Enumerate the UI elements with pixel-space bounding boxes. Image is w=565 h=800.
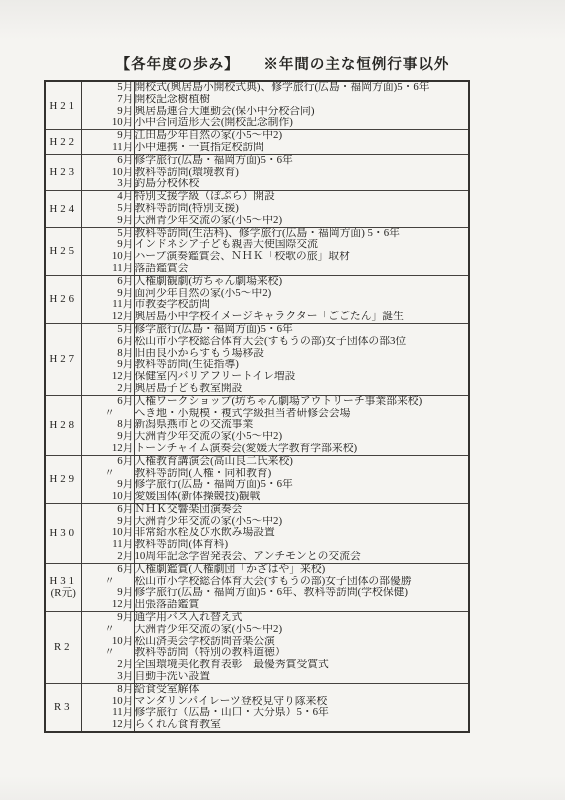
table-row: 6月松山市小学校総合体育大会(すもうの部)女子団体の部3位 [45,336,469,348]
table-row: 12月出張落語鑑賞 [45,599,469,611]
month-cell: 9月 [81,431,134,443]
month-cell: 10月 [81,696,134,708]
event-cell: 松山済美会学校訪問音楽公演 [134,636,469,648]
month-cell: 6月 [81,336,134,348]
month-cell: 4月 [81,191,134,203]
event-cell: 教科等訪問(人権・同和教育) [134,468,469,480]
event-cell: 興居島連合大運動会(保小中分校合同) [134,106,469,118]
month-cell: 6月 [81,455,134,467]
month-cell: 〃 [81,576,134,588]
table-row: 7月開校記念樹植樹 [45,94,469,106]
table-row: 9月興居島連合大運動会(保小中分校合同) [45,106,469,118]
table-row: 11月落語鑑賞会 [45,263,469,275]
event-cell: 教科等訪問(環境教育) [134,167,469,179]
event-cell: 松山市小学校総合体育大会(すもうの部)女子団体の部優勝 [134,576,469,588]
event-cell: 自動手洗い設置 [134,671,469,683]
history-table-body: H215月開校式(興居島小開校式典)、修学旅行(広島・福岡方面)5・6年7月開校… [45,81,469,732]
event-cell: 市教委学校訪問 [134,299,469,311]
month-cell: 10月 [81,527,134,539]
table-row: 〃大洲青少年交流の家(小5〜中2) [45,624,469,636]
year-cell-H28: H28 [45,395,81,455]
event-cell: 修学旅行（広島・山口・大分県）5・6年 [134,707,469,719]
event-cell: 旧由良小からすもう場移設 [134,348,469,360]
event-cell: マンダリンパイレーツ登校見守り隊来校 [134,696,469,708]
event-cell: 開校記念樹植樹 [134,94,469,106]
table-row: 9月教科等訪問(生徒指導) [45,359,469,371]
event-cell: 10周年記念学習発表会、アンチモンとの交流会 [134,551,469,563]
table-row: 10月ハープ演奏鑑賞会、ＮＨＫ「校歌の旅」取材 [45,251,469,263]
table-row: 2月10周年記念学習発表会、アンチモンとの交流会 [45,551,469,563]
event-cell: 教科等訪問(生活科)、修学旅行(広島・福岡方面) 5・6年 [134,227,469,239]
event-cell: 大洲青少年交流の家(小5〜中2) [134,215,469,227]
table-row: H215月開校式(興居島小開校式典)、修学旅行(広島・福岡方面)5・6年 [45,81,469,94]
table-row: H306月ＮＨＫ交響楽団演奏会 [45,503,469,515]
table-row: 9月面河少年自然の家(小5〜中2) [45,288,469,300]
event-cell: 新潟県燕市との交流事業 [134,419,469,431]
year-cell-R2: R2 [45,612,81,684]
year-cell-H22: H22 [45,130,81,155]
event-cell: ＮＨＫ交響楽団演奏会 [134,503,469,515]
event-cell: 修学旅行(広島・福岡方面)5・6年、教科等訪問(学校保健) [134,587,469,599]
event-cell: ハープ演奏鑑賞会、ＮＨＫ「校歌の旅」取材 [134,251,469,263]
table-row: H266月人権劇観劇(坊ちゃん劇場来校) [45,275,469,287]
month-cell: 12月 [81,719,134,732]
month-cell: 5月 [81,227,134,239]
month-cell: 6月 [81,503,134,515]
event-cell: 通学用バス入れ替え式 [134,612,469,624]
month-cell: 5月 [81,323,134,335]
event-cell: 特別支援学級（ぽぷら）開設 [134,191,469,203]
event-cell: 教科等訪問(特別支援) [134,203,469,215]
month-cell: 〃 [81,624,134,636]
year-cell-H27: H27 [45,323,81,395]
year-cell-H30: H30 [45,503,81,563]
event-cell: 開校式(興居島小開校式典)、修学旅行(広島・福岡方面)5・6年 [134,81,469,94]
year-cell-H26: H26 [45,275,81,323]
table-row: H296月人権教育講演会(高山良二氏来校) [45,455,469,467]
table-row: 12月らくれん食育教室 [45,719,469,732]
year-cell-H31: H31(R元) [45,563,81,611]
table-row: 2月興居島子ども教室開設 [45,383,469,395]
month-cell: 5月 [81,203,134,215]
month-cell: 3月 [81,671,134,683]
table-row: 10月愛媛国体(新体操競技)観戦 [45,491,469,503]
event-cell: 小中連携・一貫指定校訪問 [134,142,469,154]
table-row: 10月松山済美会学校訪問音楽公演 [45,636,469,648]
event-cell: 愛媛国体(新体操競技)観戦 [134,491,469,503]
table-row: H31(R元)6月人権劇鑑賞(人権劇団「かざはや」来校) [45,563,469,575]
table-row: 〃教科等訪問（特別の教科道徳） [45,647,469,659]
month-cell: 10月 [81,167,134,179]
scanned-document-page: 【各年度の歩み】 ※年間の主な恒例行事以外 H215月開校式(興居島小開校式典)… [0,0,565,800]
event-cell: 人権劇鑑賞(人権劇団「かざはや」来校) [134,563,469,575]
table-row: 10月マンダリンパイレーツ登校見守り隊来校 [45,696,469,708]
event-cell: 人権教育講演会(高山良二氏来校) [134,455,469,467]
year-cell-H23: H23 [45,154,81,190]
month-cell: 2月 [81,659,134,671]
month-cell: 6月 [81,154,134,166]
event-cell: 非常給水栓及び水飲み場設置 [134,527,469,539]
month-cell: 9月 [81,516,134,528]
month-cell: 12月 [81,599,134,611]
event-cell: 面河少年自然の家(小5〜中2) [134,288,469,300]
month-cell: 8月 [81,348,134,360]
table-row: 12月興居島小中学校イメージキャラクター「ごごたん」誕生 [45,311,469,323]
month-cell: 6月 [81,563,134,575]
table-row: H255月教科等訪問(生活科)、修学旅行(広島・福岡方面) 5・6年 [45,227,469,239]
month-cell: 6月 [81,395,134,407]
event-cell: 松山市小学校総合体育大会(すもうの部)女子団体の部3位 [134,336,469,348]
month-cell: 9月 [81,106,134,118]
month-cell: 11月 [81,142,134,154]
event-cell: 保健室内バリアフリートイレ増設 [134,371,469,383]
table-row: 12月トーンチャイム演奏会(愛媛大学教育学部来校) [45,443,469,455]
event-cell: へき地・小規模・複式学級担当者研修会会場 [134,408,469,420]
month-cell: 8月 [81,419,134,431]
event-cell: 大洲青少年交流の家(小5〜中2) [134,431,469,443]
event-cell: 修学旅行(広島・福岡方面)5・6年 [134,154,469,166]
history-table: H215月開校式(興居島小開校式典)、修学旅行(広島・福岡方面)5・6年7月開校… [44,80,470,733]
month-cell: 9月 [81,288,134,300]
month-cell: 〃 [81,647,134,659]
event-cell: 興居島子ども教室開設 [134,383,469,395]
month-cell: 11月 [81,299,134,311]
event-cell: トーンチャイム演奏会(愛媛大学教育学部来校) [134,443,469,455]
table-row: 11月教科等訪問(体育科) [45,539,469,551]
table-row: 9月修学旅行(広島・福岡方面)5・6年 [45,479,469,491]
month-cell: 9月 [81,612,134,624]
table-row: H244月特別支援学級（ぽぷら）開設 [45,191,469,203]
event-cell: 大洲青少年交流の家(小5〜中2) [134,624,469,636]
table-row: 5月教科等訪問(特別支援) [45,203,469,215]
month-cell: 9月 [81,587,134,599]
month-cell: 9月 [81,239,134,251]
month-cell: 10月 [81,636,134,648]
table-row: 2月全国環境美化教育表彰 最優秀賞受賞式 [45,659,469,671]
table-row: 11月修学旅行（広島・山口・大分県）5・6年 [45,707,469,719]
month-cell: 11月 [81,539,134,551]
table-row: R38月給食受室解体 [45,683,469,695]
event-cell: 江田島少年自然の家(小5〜中2) [134,130,469,142]
year-cell-H29: H29 [45,455,81,503]
month-cell: 9月 [81,359,134,371]
table-row: 12月保健室内バリアフリートイレ増設 [45,371,469,383]
table-row: 10月非常給水栓及び水飲み場設置 [45,527,469,539]
month-cell: 11月 [81,707,134,719]
month-cell: 9月 [81,215,134,227]
table-row: 3月釣島分校休校 [45,178,469,190]
page-title: 【各年度の歩み】 ※年間の主な恒例行事以外 [0,53,565,74]
month-cell: 2月 [81,551,134,563]
month-cell: 3月 [81,178,134,190]
table-row: H286月人権ワークショップ(坊ちゃん劇場アウトリーチ事業部来校) [45,395,469,407]
event-cell: インドネシア子ども親善大使国際交流 [134,239,469,251]
table-row: 11月市教委学校訪問 [45,299,469,311]
month-cell: 9月 [81,479,134,491]
month-cell: 〃 [81,468,134,480]
event-cell: 修学旅行(広島・福岡方面)5・6年 [134,479,469,491]
month-cell: 10月 [81,491,134,503]
table-row: 9月インドネシア子ども親善大使国際交流 [45,239,469,251]
event-cell: 人権ワークショップ(坊ちゃん劇場アウトリーチ事業部来校) [134,395,469,407]
event-cell: 全国環境美化教育表彰 最優秀賞受賞式 [134,659,469,671]
month-cell: 6月 [81,275,134,287]
table-row: H229月江田島少年自然の家(小5〜中2) [45,130,469,142]
event-cell: 教科等訪問(生徒指導) [134,359,469,371]
month-cell: 5月 [81,81,134,94]
year-cell-H25: H25 [45,227,81,275]
year-cell-H21: H21 [45,81,81,130]
month-cell: 12月 [81,311,134,323]
table-row: R29月通学用バス入れ替え式 [45,612,469,624]
table-row: 8月旧由良小からすもう場移設 [45,348,469,360]
month-cell: 9月 [81,130,134,142]
event-cell: 人権劇観劇(坊ちゃん劇場来校) [134,275,469,287]
table-row: 9月大洲青少年交流の家(小5〜中2) [45,431,469,443]
event-cell: 興居島小中学校イメージキャラクター「ごごたん」誕生 [134,311,469,323]
year-cell-R3: R3 [45,683,81,732]
table-row: 10月小中合同造形大会(開校記念制作) [45,117,469,129]
month-cell: 2月 [81,383,134,395]
year-cell-H24: H24 [45,191,81,227]
month-cell: 11月 [81,263,134,275]
table-row: 9月大洲青少年交流の家(小5〜中2) [45,516,469,528]
table-row: H275月修学旅行(広島・福岡方面)5・6年 [45,323,469,335]
table-row: 〃へき地・小規模・複式学級担当者研修会会場 [45,408,469,420]
event-cell: らくれん食育教室 [134,719,469,732]
table-row: 〃松山市小学校総合体育大会(すもうの部)女子団体の部優勝 [45,576,469,588]
table-row: 9月修学旅行(広島・福岡方面)5・6年、教科等訪問(学校保健) [45,587,469,599]
event-cell: 教科等訪問(体育科) [134,539,469,551]
table-row: 9月大洲青少年交流の家(小5〜中2) [45,215,469,227]
event-cell: 教科等訪問（特別の教科道徳） [134,647,469,659]
event-cell: 出張落語鑑賞 [134,599,469,611]
month-cell: 12月 [81,443,134,455]
event-cell: 落語鑑賞会 [134,263,469,275]
table-row: H236月修学旅行(広島・福岡方面)5・6年 [45,154,469,166]
table-row: 〃教科等訪問(人権・同和教育) [45,468,469,480]
month-cell: 〃 [81,408,134,420]
table-row: 10月教科等訪問(環境教育) [45,167,469,179]
event-cell: 釣島分校休校 [134,178,469,190]
month-cell: 12月 [81,371,134,383]
event-cell: 大洲青少年交流の家(小5〜中2) [134,516,469,528]
month-cell: 10月 [81,117,134,129]
month-cell: 10月 [81,251,134,263]
event-cell: 給食受室解体 [134,683,469,695]
event-cell: 修学旅行(広島・福岡方面)5・6年 [134,323,469,335]
month-cell: 8月 [81,683,134,695]
event-cell: 小中合同造形大会(開校記念制作) [134,117,469,129]
month-cell: 7月 [81,94,134,106]
table-row: 8月新潟県燕市との交流事業 [45,419,469,431]
table-row: 11月小中連携・一貫指定校訪問 [45,142,469,154]
table-row: 3月自動手洗い設置 [45,671,469,683]
